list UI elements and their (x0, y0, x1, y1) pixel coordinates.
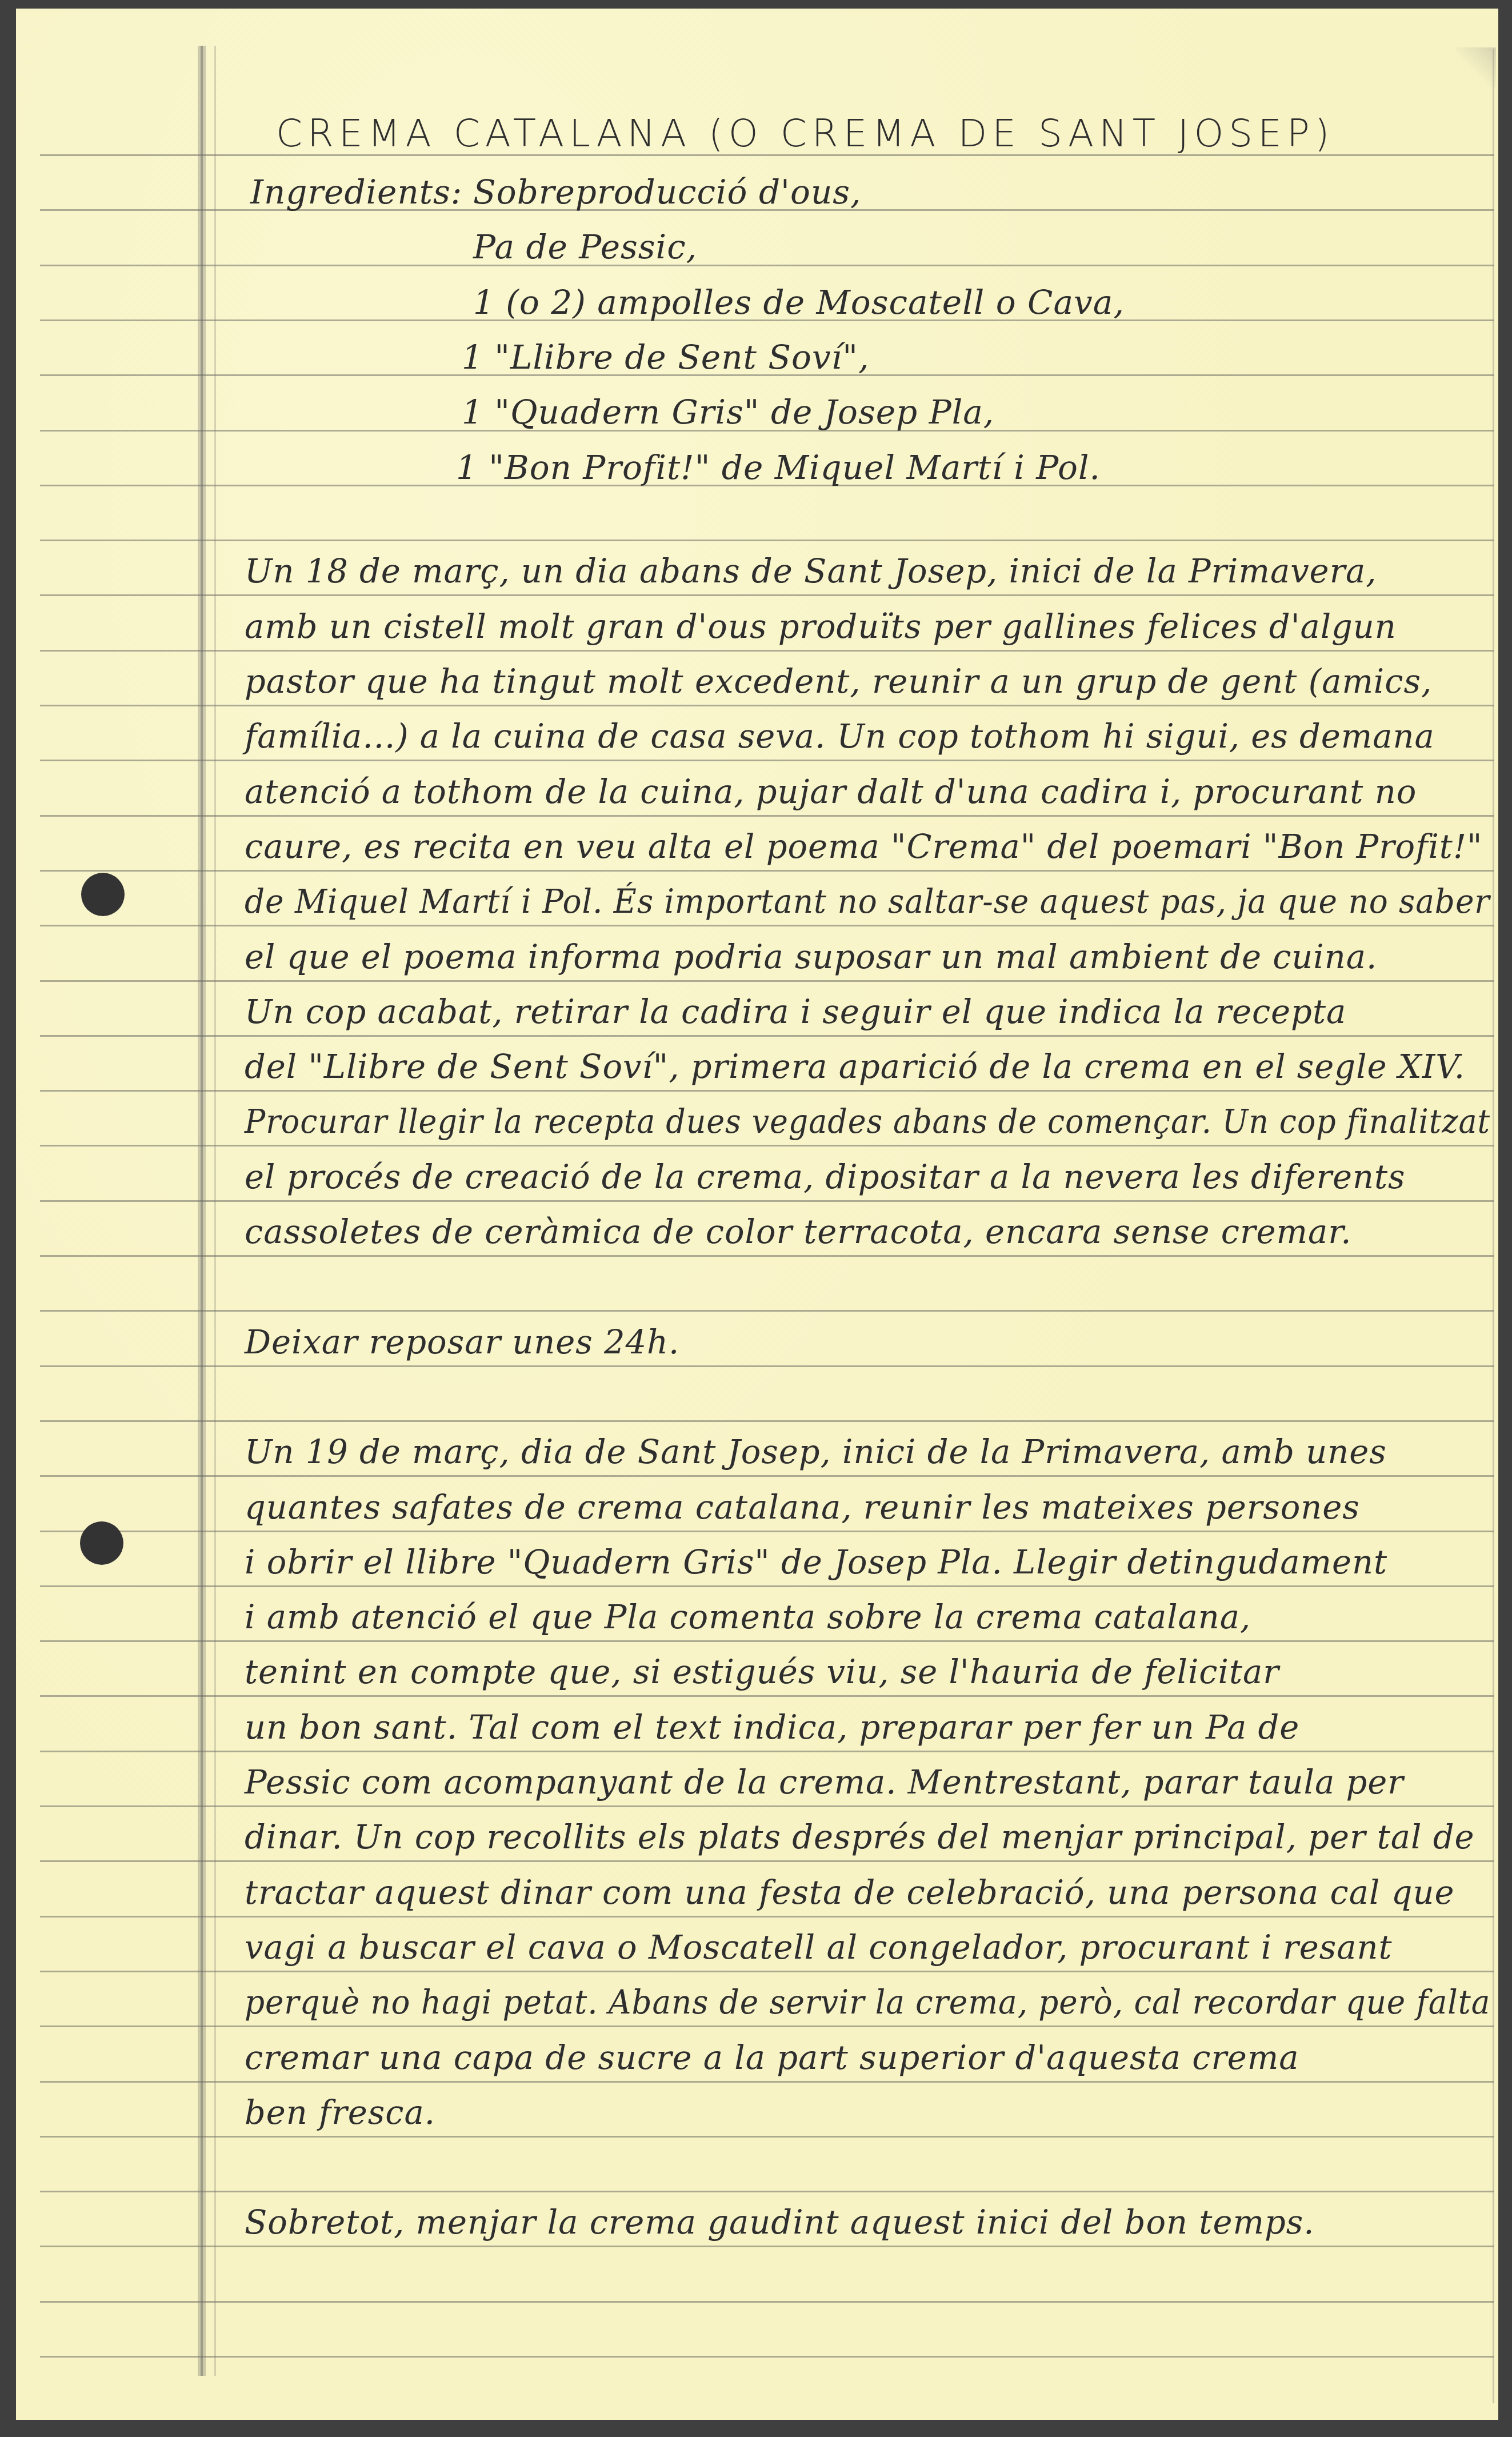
margin-line-secondary (214, 46, 216, 2376)
paragraph-2-line: un bon sant. Tal com el text indica, pre… (245, 1711, 1490, 1744)
paragraph-1-line: Procurar llegir la recepta dues vegades … (245, 1105, 1412, 1138)
ruled-line (40, 1035, 1494, 1037)
ruled-line (40, 1420, 1494, 1422)
page-edge-line (1493, 49, 1494, 2403)
paragraph-1-line: de Miquel Martí i Pol. És important no s… (245, 885, 1434, 918)
punch-hole-icon (80, 1521, 123, 1565)
ruled-line (40, 1860, 1494, 1862)
ruled-line (40, 1971, 1494, 1972)
ruled-line (40, 1475, 1494, 1477)
ruled-line (40, 2356, 1494, 2358)
paragraph-1-line: Un cop acabat, retirar la cadira i segui… (245, 995, 1490, 1028)
ruled-line (40, 1200, 1494, 1202)
ruled-line (40, 650, 1494, 652)
ruled-line (40, 2025, 1494, 2027)
ingredient-item: 1 (o 2) ampolles de Moscatell o Cava, (473, 286, 1125, 319)
ruled-line (40, 1916, 1494, 1917)
paragraph-2-line: quantes safates de crema catalana, reuni… (245, 1491, 1490, 1524)
ruled-line (40, 815, 1494, 817)
paragraph-2-line: Un 19 de març, dia de Sant Josep, inici … (245, 1435, 1490, 1468)
paragraph-2-line: perquè no hagi petat. Abans de servir la… (245, 1985, 1431, 2019)
ruled-line (40, 594, 1494, 596)
ruled-line (40, 2136, 1494, 2138)
ruled-line (40, 705, 1494, 706)
paragraph-1-line: del "Llibre de Sent Soví", primera apari… (245, 1050, 1490, 1083)
paragraph-2-line: dinar. Un cop recollits els plats despré… (245, 1820, 1490, 1853)
paragraph-2-line: ben fresca. (245, 2096, 1490, 2129)
ruled-line (40, 870, 1494, 872)
paragraph-2-line: i obrir el llibre "Quadern Gris" de Jose… (245, 1545, 1490, 1579)
ruled-line (40, 1365, 1494, 1367)
ruled-line (40, 1805, 1494, 1807)
ruled-line (40, 760, 1494, 761)
paragraph-2-line: cremar una capa de sucre a la part super… (245, 2041, 1490, 2074)
paragraph-1-line: cassoletes de ceràmica de color terracot… (245, 1215, 1490, 1248)
closing-line: Sobretot, menjar la crema gaudint aquest… (245, 2206, 1490, 2239)
ruled-line (40, 1531, 1494, 1532)
ruled-line (40, 2301, 1494, 2303)
ruled-line (40, 265, 1494, 266)
ruled-line (40, 1145, 1494, 1146)
paragraph-2-line: Pessic com acompanyant de la crema. Ment… (245, 1765, 1490, 1799)
paragraph-1-line: el que el poema informa podria suposar u… (245, 940, 1490, 973)
ingredient-item: 1 "Quadern Gris" de Josep Pla, (462, 395, 994, 429)
recipe-title: CREMA CATALANA (O CREMA DE SANT JOSEP) (276, 115, 1335, 153)
ruled-line (40, 1751, 1494, 1752)
ruled-line (40, 1695, 1494, 1697)
margin-line (198, 46, 206, 2376)
paragraph-2-line: i amb atenció el que Pla comenta sobre l… (245, 1600, 1490, 1633)
ruled-line (40, 925, 1494, 926)
rest-instruction: Deixar reposar unes 24h. (245, 1325, 1490, 1359)
notebook-page: CREMA CATALANA (O CREMA DE SANT JOSEP) I… (16, 9, 1498, 2420)
corner-shading (1456, 47, 1496, 87)
ruled-line (40, 980, 1494, 982)
paragraph-2-line: tractar aquest dinar com una festa de ce… (245, 1876, 1490, 1909)
ruled-line (40, 2191, 1494, 2192)
paragraph-1-line: el procés de creació de la crema, diposi… (245, 1160, 1490, 1193)
ingredient-item: 1 "Llibre de Sent Soví", (462, 341, 869, 374)
ingredients-label: Ingredients: (250, 175, 462, 209)
ingredient-item: 1 "Bon Profit!" de Miquel Martí i Pol. (456, 451, 1101, 484)
paragraph-1-line: pastor que ha tingut molt excedent, reun… (245, 665, 1490, 698)
ingredient-item: Pa de Pessic, (473, 230, 697, 263)
paragraph-1-line: amb un cistell molt gran d'ous produïts … (245, 610, 1490, 643)
ingredient-item: Sobreproducció d'ous, (473, 175, 862, 209)
ruled-line (40, 540, 1494, 541)
ruled-line (40, 2081, 1494, 2083)
paragraph-2-line: tenint en compte que, si estigués viu, s… (245, 1655, 1490, 1688)
paragraph-1-line: Un 18 de març, un dia abans de Sant Jose… (245, 554, 1490, 588)
ruled-line (40, 1640, 1494, 1642)
punch-hole-icon (81, 873, 125, 916)
ruled-line (40, 1255, 1494, 1257)
ruled-line (40, 1090, 1494, 1092)
ruled-line (40, 2246, 1494, 2247)
ruled-line (40, 1310, 1494, 1312)
paragraph-1-line: atenció a tothom de la cuina, pujar dalt… (245, 775, 1490, 808)
ruled-line (40, 1585, 1494, 1587)
paragraph-1-line: família...) a la cuina de casa seva. Un … (245, 720, 1490, 753)
paragraph-1-line: caure, es recita en veu alta el poema "C… (245, 830, 1490, 863)
paragraph-2-line: vagi a buscar el cava o Moscatell al con… (245, 1931, 1490, 1964)
